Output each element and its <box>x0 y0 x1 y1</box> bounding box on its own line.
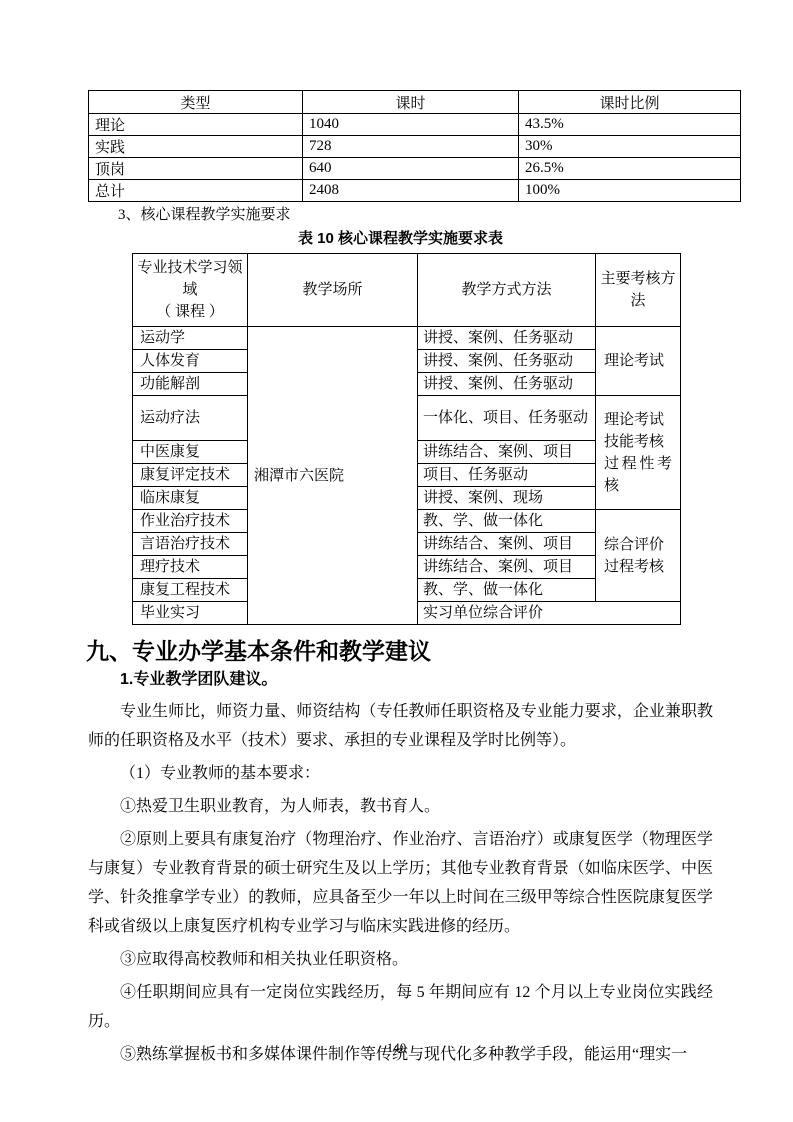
table-cell: 43.5% <box>519 114 741 136</box>
page-number: 140 <box>0 1040 793 1056</box>
hours-table: 类型课时课时比例 理论104043.5%实践72830%顶岗64026.5%总计… <box>88 90 741 202</box>
subsection-label: 3、核心课程教学实施要求 <box>88 206 713 224</box>
column-header: 教学场所 <box>248 254 418 327</box>
method-cell: 讲练结合、案例、项目 <box>418 441 596 464</box>
course-cell: 人体发育 <box>133 350 248 373</box>
assessment-line: 过程考核 <box>604 556 672 578</box>
page-content: 类型课时课时比例 理论104043.5%实践72830%顶岗64026.5%总计… <box>88 90 713 1073</box>
assessment-line: 过程性考核 <box>604 453 672 497</box>
course-cell: 中医康复 <box>133 441 248 464</box>
method-cell: 讲授、案例、任务驱动 <box>418 327 596 350</box>
paragraph: 专业生师比，师资力量、师资结构（专任教师任职资格及专业能力要求，企业兼职教师的任… <box>88 697 713 755</box>
course-cell: 理疗技术 <box>133 556 248 579</box>
table-cell: 实践 <box>89 136 303 158</box>
column-header: 课时 <box>303 91 519 114</box>
method-cell: 讲授、案例、任务驱动 <box>418 350 596 373</box>
column-header: 课时比例 <box>519 91 741 114</box>
core-course-table-body: 运动学湘潭市六医院讲授、案例、任务驱动理论考试人体发育讲授、案例、任务驱动功能解… <box>133 327 681 625</box>
table-cell: 总计 <box>89 180 303 202</box>
body-paragraphs: 专业生师比，师资力量、师资结构（专任教师任职资格及专业能力要求，企业兼职教师的任… <box>88 697 713 1069</box>
course-cell: 康复评定技术 <box>133 464 248 487</box>
hours-table-body: 理论104043.5%实践72830%顶岗64026.5%总计2408100% <box>89 114 741 202</box>
subsection-heading: 1.专业教学团队建议。 <box>88 669 713 691</box>
assessment-line: 综合评价 <box>604 534 672 556</box>
table10-caption: 表 10 核心课程教学实施要求表 <box>88 229 713 249</box>
course-cell: 临床康复 <box>133 487 248 510</box>
assessment-cell: 理论考试技能考核过程性考核 <box>596 396 681 510</box>
header-line: 教学方式方法 <box>420 279 593 301</box>
paragraph: ①热爱卫生职业教育，为人师表，教书育人。 <box>88 792 713 821</box>
table-cell: 728 <box>303 136 519 158</box>
method-cell: 讲授、案例、任务驱动 <box>418 373 596 396</box>
hours-table-header-row: 类型课时课时比例 <box>89 91 741 114</box>
course-cell: 运动学 <box>133 327 248 350</box>
paragraph: ②原则上要具有康复治疗（物理治疗、作业治疗、言语治疗）或康复医学（物理医学与康复… <box>88 825 713 941</box>
assessment-line: 理论考试 <box>604 409 672 431</box>
location-cell: 湘潭市六医院 <box>248 327 418 625</box>
course-cell: 运动疗法 <box>133 396 248 441</box>
table-cell: 30% <box>519 136 741 158</box>
course-cell: 言语治疗技术 <box>133 533 248 556</box>
paragraph: （1）专业教师的基本要求： <box>88 759 713 788</box>
course-cell: 功能解剖 <box>133 373 248 396</box>
course-cell: 康复工程技术 <box>133 579 248 602</box>
header-line: 专业技术学习领域 <box>135 257 245 301</box>
course-cell: 毕业实习 <box>133 602 248 625</box>
paragraph: ③应取得高校教师和相关执业任职资格。 <box>88 945 713 974</box>
table-row: 顶岗64026.5% <box>89 158 741 180</box>
column-header: 类型 <box>89 91 303 114</box>
table-cell: 26.5% <box>519 158 741 180</box>
section-heading: 九、专业办学基本条件和教学建议 <box>86 636 713 666</box>
table-cell: 2408 <box>303 180 519 202</box>
table-row: 理论104043.5% <box>89 114 741 136</box>
method-cell: 讲授、案例、现场 <box>418 487 596 510</box>
assessment-line: 理论考试 <box>604 350 672 372</box>
method-cell: 讲练结合、案例、项目 <box>418 533 596 556</box>
table-cell: 640 <box>303 158 519 180</box>
header-line: （ 课程 ） <box>135 301 245 323</box>
header-line: 主要考核方法 <box>598 268 678 312</box>
table-cell: 100% <box>519 180 741 202</box>
method-cell: 项目、任务驱动 <box>418 464 596 487</box>
paragraph: ④任职期间应具有一定岗位实践经历，每 5 年期间应有 12 个月以上专业岗位实践… <box>88 978 713 1036</box>
column-header: 专业技术学习领域（ 课程 ） <box>133 254 248 327</box>
table-cell: 顶岗 <box>89 158 303 180</box>
method-cell: 实习单位综合评价 <box>418 602 681 625</box>
core-course-header-row: 专业技术学习领域（ 课程 ）教学场所教学方式方法主要考核方法 <box>133 254 681 327</box>
assessment-line: 技能考核 <box>604 431 672 453</box>
table-row: 运动学湘潭市六医院讲授、案例、任务驱动理论考试 <box>133 327 681 350</box>
assessment-cell: 理论考试 <box>596 327 681 396</box>
method-cell: 一体化、项目、任务驱动 <box>418 396 596 441</box>
column-header: 主要考核方法 <box>596 254 681 327</box>
header-line: 教学场所 <box>250 279 415 301</box>
method-cell: 教、学、做一体化 <box>418 579 596 602</box>
method-cell: 教、学、做一体化 <box>418 510 596 533</box>
assessment-cell: 综合评价过程考核 <box>596 510 681 602</box>
method-cell: 讲练结合、案例、项目 <box>418 556 596 579</box>
table-cell: 理论 <box>89 114 303 136</box>
table-row: 总计2408100% <box>89 180 741 202</box>
core-course-table: 专业技术学习领域（ 课程 ）教学场所教学方式方法主要考核方法 运动学湘潭市六医院… <box>132 253 681 625</box>
table-cell: 1040 <box>303 114 519 136</box>
document-page: 类型课时课时比例 理论104043.5%实践72830%顶岗64026.5%总计… <box>0 0 793 1122</box>
course-cell: 作业治疗技术 <box>133 510 248 533</box>
table-row: 实践72830% <box>89 136 741 158</box>
column-header: 教学方式方法 <box>418 254 596 327</box>
